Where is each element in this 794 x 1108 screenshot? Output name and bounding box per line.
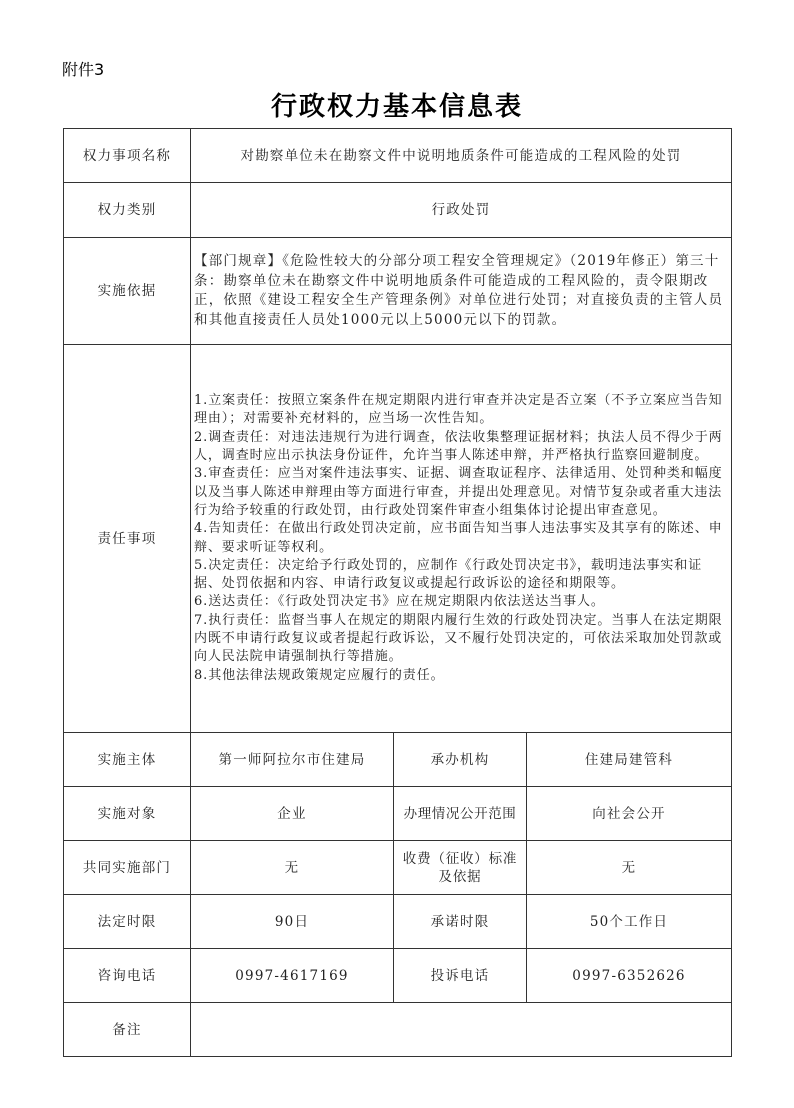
power-name-label: 权力事项名称 xyxy=(64,129,191,183)
duty-item-decision: 5.决定责任：决定给予行政处罚的，应制作《行政处罚决定书》，载明违法事实和证据、… xyxy=(194,557,725,594)
page-title: 行政权力基本信息表 xyxy=(0,86,794,123)
promised-time-limit-value: 50个工作日 xyxy=(527,895,732,949)
joint-dept-label: 共同实施部门 xyxy=(64,841,191,895)
duty-item-investigation: 2.调查责任：对违法违规行为进行调查，依法收集整理证据材料；执法人员不得少于两人… xyxy=(194,429,725,466)
row-implementer: 实施主体 第一师阿拉尔市住建局 承办机构 住建局建管科 xyxy=(64,733,732,787)
handling-org-value: 住建局建管科 xyxy=(527,733,732,787)
implementer-value: 第一师阿拉尔市住建局 xyxy=(191,733,394,787)
complaint-phone-label: 投诉电话 xyxy=(394,949,527,1003)
promised-time-limit-label: 承诺时限 xyxy=(394,895,527,949)
power-type-value: 行政处罚 xyxy=(191,183,732,238)
attachment-label: 附件3 xyxy=(62,57,104,80)
consult-phone-label: 咨询电话 xyxy=(64,949,191,1003)
duty-item-notification: 4.告知责任：在做出行政处罚决定前，应书面告知当事人违法事实及其享有的陈述、申辩… xyxy=(194,520,725,557)
duty-item-review: 3.审查责任：应当对案件违法事实、证据、调查取证程序、法律适用、处罚种类和幅度以… xyxy=(194,465,725,520)
duties-label: 责任事项 xyxy=(64,345,191,733)
target-value: 企业 xyxy=(191,787,394,841)
disclosure-scope-label: 办理情况公开范围 xyxy=(394,787,527,841)
target-label: 实施对象 xyxy=(64,787,191,841)
implementer-label: 实施主体 xyxy=(64,733,191,787)
remark-label: 备注 xyxy=(64,1003,191,1057)
power-name-value: 对勘察单位未在勘察文件中说明地质条件可能造成的工程风险的处罚 xyxy=(191,129,732,183)
row-duties: 责任事项 1.立案责任：按照立案条件在规定期限内进行审查并决定是否立案（不予立案… xyxy=(64,345,732,733)
row-time-limit: 法定时限 90日 承诺时限 50个工作日 xyxy=(64,895,732,949)
row-power-type: 权力类别 行政处罚 xyxy=(64,183,732,238)
row-power-name: 权力事项名称 对勘察单位未在勘察文件中说明地质条件可能造成的工程风险的处罚 xyxy=(64,129,732,183)
duty-item-enforcement: 7.执行责任：监督当事人在规定的期限内履行生效的行政处罚决定。当事人在法定期限内… xyxy=(194,612,725,667)
power-info-table: 权力事项名称 对勘察单位未在勘察文件中说明地质条件可能造成的工程风险的处罚 权力… xyxy=(63,128,732,1057)
row-target: 实施对象 企业 办理情况公开范围 向社会公开 xyxy=(64,787,732,841)
row-joint-dept: 共同实施部门 无 收费（征收）标准及依据 无 xyxy=(64,841,732,895)
legal-time-limit-value: 90日 xyxy=(191,895,394,949)
complaint-phone-value: 0997-6352626 xyxy=(527,949,732,1003)
duties-list: 1.立案责任：按照立案条件在规定期限内进行审查并决定是否立案（不予立案应当告知理… xyxy=(191,345,732,733)
basis-value: 【部门规章】《危险性较大的分部分项工程安全管理规定》（2019年修正）第三十条：… xyxy=(191,238,732,345)
fee-standard-value: 无 xyxy=(527,841,732,895)
duty-item-other: 8.其他法律法规政策规定应履行的责任。 xyxy=(194,667,725,685)
row-remark: 备注 xyxy=(64,1003,732,1057)
fee-standard-label: 收费（征收）标准及依据 xyxy=(394,841,527,895)
remark-value xyxy=(191,1003,732,1057)
legal-time-limit-label: 法定时限 xyxy=(64,895,191,949)
basis-label: 实施依据 xyxy=(64,238,191,345)
power-type-label: 权力类别 xyxy=(64,183,191,238)
duty-item-filing: 1.立案责任：按照立案条件在规定期限内进行审查并决定是否立案（不予立案应当告知理… xyxy=(194,392,725,429)
row-basis: 实施依据 【部门规章】《危险性较大的分部分项工程安全管理规定》（2019年修正）… xyxy=(64,238,732,345)
handling-org-label: 承办机构 xyxy=(394,733,527,787)
duty-item-delivery: 6.送达责任：《行政处罚决定书》应在规定期限内依法送达当事人。 xyxy=(194,593,725,611)
consult-phone-value: 0997-4617169 xyxy=(191,949,394,1003)
disclosure-scope-value: 向社会公开 xyxy=(527,787,732,841)
row-phone: 咨询电话 0997-4617169 投诉电话 0997-6352626 xyxy=(64,949,732,1003)
joint-dept-value: 无 xyxy=(191,841,394,895)
